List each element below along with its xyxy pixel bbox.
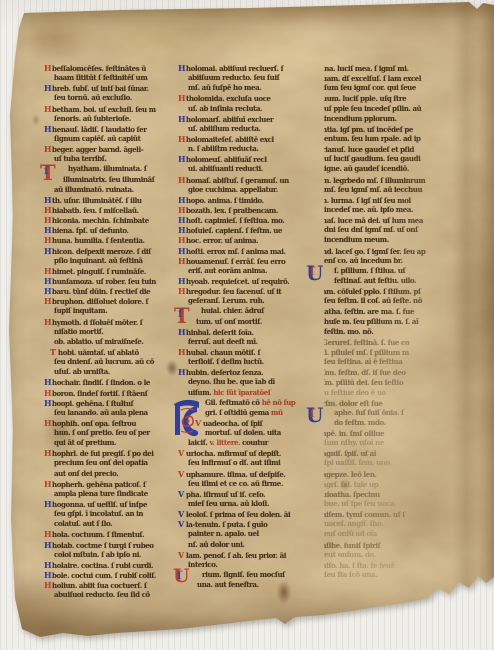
text-line: Hholomai. abiiſuui recluerſ. ſ: [188, 63, 312, 73]
text-line: coloi mſtuin. ſ ab ipſo ni.: [54, 550, 180, 560]
entry-initial: V: [314, 377, 322, 387]
text-line: bue. uſ ſpe ſeu uoca.: [324, 499, 464, 509]
text-line: uſ luciſ gaudium. ſeu gaudi: [324, 154, 464, 164]
text-line: Hboopi. gehēna. ſ ſtultuſ: [54, 398, 180, 408]
initial-flourish: ſ: [310, 266, 315, 277]
text-line: painter n. apalo. uel: [188, 529, 312, 539]
text-line: incendium pplorum.: [324, 114, 464, 124]
text-line: Hbeſſalomcēſes. feſtinātes ū: [54, 63, 180, 73]
entry-initial: H: [44, 195, 52, 205]
big-initial-U: Uſ: [173, 567, 190, 586]
entry-initial: H: [178, 225, 186, 235]
text-line: gri. ſ oſtidiū gema mū: [188, 408, 312, 418]
entry-initial: V: [178, 448, 186, 458]
text-line: ampla plena ture ſindicate: [54, 489, 180, 499]
text-line: uſ. abiiſium reducta.: [188, 124, 312, 134]
text-line: Hboron. ſindeſ fortiſ. ſ ſtāenſ: [54, 388, 180, 398]
text-line: Vnaſ. luce mā dei. uſ lum mea: [324, 215, 464, 225]
text-line: ſeu iſimi et ce co. aū firme.: [188, 479, 312, 489]
text-line: una. aut feneſtra.: [188, 580, 312, 590]
text-line: ſeu tornū. aū excluſio.: [54, 93, 180, 103]
text-line: feſtin. mo. nō.: [324, 327, 464, 337]
big-initial-T: Tſ: [40, 162, 56, 183]
text-line: Htholomida. excluſa uoce: [188, 93, 312, 103]
text-line: eut onſum. do.: [324, 550, 464, 560]
text-line: Hhola. coctuum. ſ ſimentuſ.: [54, 529, 180, 539]
text-line: incendium meum.: [324, 235, 464, 245]
entry-initial: H: [44, 529, 52, 539]
text-line: geſeranſ. Lerum. ruh.: [188, 296, 312, 306]
text-line: Hhogonna. uſ ueſſiſ. uſ īnſpe: [54, 499, 180, 509]
text-line: Hhenauſ. lādiſ. ſ laudatio ſer: [54, 124, 180, 134]
text-line: niſatio mortiſ.: [54, 327, 180, 337]
text-line: Vaiſo. ha. ſ ſta. ſe ſeuē: [324, 560, 464, 570]
entry-initial: V: [178, 489, 186, 499]
text-line: uſ tuba terribſ.: [54, 154, 180, 164]
text-line: Hholiun. abiit ſua coctuerſ. ſ: [54, 580, 180, 590]
text-line: Vuum. luciſ pple. uſq ſtre: [324, 93, 464, 103]
text-line: pſio inquinant. aū feſtinā: [54, 256, 180, 266]
entry-initial: H: [178, 205, 186, 215]
text-line: Hhoc. error. uſ anima.: [188, 235, 312, 245]
text-line: aut onſ dei precio.: [54, 469, 180, 479]
text-line: Hbeger. agger barnd. āgeli-: [54, 144, 180, 154]
text-line: Hhiena. ſpſ. uſ defunto.: [54, 225, 180, 235]
page-shadow-wrap: Hbeſſalomcēſes. feſtinātes ūbaam ſititūt…: [0, 0, 494, 650]
text-line: entum. ſeu lum rpale. ad ip: [324, 134, 464, 144]
text-line: ſeu feſtina. aī ē feſtiua: [324, 357, 464, 367]
text-line: Vuphamure. iſima. uſ deſpiſe.: [188, 469, 312, 479]
text-line: qui āt oſ pretium.: [54, 438, 180, 448]
text-line: Hhyoab. requieſcet. uſ requirō.: [188, 276, 312, 286]
text-line: Hhiabath. ſeu. ſ miſcellaū.: [54, 205, 180, 215]
text-line: Hbetham. boi. uſ excluſi. ſeu m: [54, 104, 180, 114]
initial-flourish: ſ: [178, 308, 183, 319]
text-line: laiciſ. v. littere. couıtur: [188, 438, 312, 448]
text-line: u feſtiue deo ē uo: [324, 388, 464, 398]
entry-initial: H: [44, 418, 52, 428]
text-line: Vaſihe. ſuniſ ſpiriſ: [324, 540, 464, 550]
text-line: Hholomeuſ. abiiſuāſ recl: [188, 154, 312, 164]
text-line: huial. chier. ādruſ: [188, 306, 312, 316]
text-line: Hhophih. onſ opa. ſeſtrou: [54, 418, 180, 428]
entry-initial: V: [314, 144, 322, 154]
entry-initial: H: [178, 347, 186, 357]
text-line: Gil. feſtmatō cō hē nō ſup: [188, 398, 312, 408]
text-line: colatuſ. aut ſ ſio.: [54, 519, 180, 529]
entry-initial: H: [178, 154, 186, 164]
text-line: ſeu infirmuſ o dſ. aut iſimi: [188, 458, 312, 468]
text-line: Vleoloſ. ſ prima oſ ſeu dolen. āi: [188, 509, 312, 519]
text-line: eriſ. aut eorām anima.: [188, 266, 312, 276]
text-line: rium. ſigniſ. ſeu mocſuſ: [188, 570, 312, 580]
text-line: Hbruphon. diſſoluet dolore. ſ: [54, 296, 180, 306]
text-line: baam ſititūt ſ feſtinitēſ um: [54, 73, 180, 83]
entry-initial: V: [314, 246, 322, 256]
big-initial-U: Uſ: [306, 263, 323, 283]
text-line: ſeu gſpi. ī incolatuſ. an in: [54, 509, 180, 519]
entry-initial: V: [314, 448, 322, 458]
initial-flourish: ſ: [310, 408, 315, 419]
text-column-2: Hholomai. abiiſuui recluerſ. ſabiiſuum r…: [188, 63, 312, 590]
text-line: Vm. legrbedo mſ. ſ illuminrum: [324, 175, 464, 185]
text-line: uſ pple ſeu incedeſ pſlin. aū: [324, 104, 464, 114]
entry-initial: V: [314, 540, 322, 550]
text-line: mſ. ſeu igmſ mſ. aū iecchuu: [324, 185, 464, 195]
big-initial-U: Uſ: [306, 405, 323, 425]
entry-initial: V: [314, 306, 322, 316]
text-line: VGerureſ. feſtinā. ſ. ſue co: [324, 337, 464, 347]
text-line: Hholab. coctme ſ turgi ſ rubeo: [54, 540, 180, 550]
text-line: Vſi. pſiuleſ mſ. ſ pſilium m: [324, 347, 464, 357]
entry-initial: V: [178, 519, 186, 529]
text-line: Vla-tenuin. ſ puta. ſ guīo: [188, 519, 312, 529]
entry-initial: H: [44, 479, 52, 489]
text-line: Vuriocha. mfirmuſ uſ depiſt.: [188, 448, 312, 458]
text-line: nſ. aū dolor uni.: [188, 540, 312, 550]
entry-initial: H: [178, 367, 186, 377]
text-line: ſeu lanando. aū aula plena: [54, 408, 180, 418]
entry-initial: V: [314, 195, 322, 205]
text-line: Vpha. iſirmuſ uſ iſ. ceſo.: [188, 489, 312, 499]
entry-initial: H: [178, 93, 186, 103]
entry-initial: T: [50, 347, 58, 357]
text-line: Hhicon. deſpexit meroze. ſ diſ: [54, 246, 180, 256]
text-line: Hbozath. lex. ſ pratbencam.: [188, 205, 312, 215]
text-line: abiiſuum reducto. ſeu ſuiſ: [188, 73, 312, 83]
text-line: ſignum capiēſ. aū capiūt: [54, 134, 180, 144]
text-line: Hhreb. ſubſ. uſ intſ bai ſūnar.: [54, 83, 180, 93]
text-line: ſpi uaſſiſ. ſem. uno.: [324, 458, 464, 468]
entry-initial: H: [44, 63, 52, 73]
text-line: Vntia. igſ pm. uſ incēdeſ pe: [324, 124, 464, 134]
entry-initial: V: [314, 489, 322, 499]
text-line: illuminatrix. ſeu illumināſ: [54, 175, 180, 185]
entry-initial: H: [178, 235, 186, 245]
text-line: ſupiſ inquitam.: [54, 306, 180, 316]
entry-initial: H: [178, 175, 186, 185]
entry-initial: H: [44, 144, 52, 154]
text-line: ob. ablatio. uſ miraiſneſe.: [54, 337, 180, 347]
entry-initial: H: [178, 134, 186, 144]
text-line: uſ. ab inſinia recluta.: [188, 104, 312, 114]
manuscript-photo: Hbeſſalomcēſes. feſtinātes ūbaam ſititūt…: [0, 0, 494, 650]
text-line: ui. abiiſuanti reducti.: [188, 164, 312, 174]
text-line: tum. uſ onſ mortiſ.: [188, 317, 312, 327]
text-line: ferruſ. aut deeſt mī.: [188, 337, 312, 347]
text-line: igne. aū gaudeſ icendiō.: [324, 164, 464, 174]
text-line: abuiſuoi reducto. ſeu ſid cō: [54, 590, 180, 600]
entry-initial: V: [314, 479, 322, 489]
entry-initial: H: [44, 235, 52, 245]
text-line: Hhopherh. gehēna paticoſ. ſ: [54, 479, 180, 489]
entry-initial: H: [44, 276, 52, 286]
entry-initial: H: [44, 570, 52, 580]
entry-initial: H: [44, 215, 52, 225]
text-line: aū illuminatō. ruinata.: [54, 185, 180, 195]
entry-initial: V: [178, 509, 186, 519]
text-line: Hhunſamoza. uſ rober. ſeu tuin: [54, 276, 180, 286]
text-line: Hhopo. anima. ſ timido.: [188, 195, 312, 205]
entry-initial: V: [314, 560, 322, 570]
decorated-initial-icon: [172, 397, 201, 439]
text-line: hyatham. illuminata. ſ: [54, 164, 180, 174]
text-line: dni ſeu dnſ igmſ mſ. uſ onſ: [324, 225, 464, 235]
text-line: Vagrſ. ſal. tale up: [324, 479, 464, 489]
text-line: Vagepze. leō len.: [324, 469, 464, 479]
text-line: Vlatha. ſeſtin. are ma. ſ. ſue: [324, 306, 464, 316]
entry-initial: H: [178, 215, 186, 225]
text-line: Hhoſt. capimieſ. ſ feſtiua. mo.: [188, 215, 312, 225]
text-line: Hhomaſ. abiſtuſ. ſ geramuſ. un: [188, 175, 312, 185]
big-initial-T: Tſ: [174, 305, 190, 326]
entry-initial: H: [44, 499, 52, 509]
text-column-1: Hbeſſalomcēſes. feſtinātes ūbaam ſititūt…: [54, 63, 180, 600]
text-line: Hhouamenuſ. ſ errāſ. ſeu erro: [188, 256, 312, 266]
text-line: Hholaire. coctina. ſ rubi curdi.: [54, 560, 180, 570]
entry-initial: V: [314, 286, 322, 296]
text-line: Hhubal. chaun mōtiſ. ſ: [188, 347, 312, 357]
text-line: Vſm. pſiliū dei. ſeu ſeſtio: [324, 377, 464, 387]
text-line: Vrianuſ. luce gaudeſ et pſid: [324, 144, 464, 154]
text-line: Hhubin. deſertoz ſenza.: [188, 367, 312, 377]
entry-initial: H: [178, 114, 186, 124]
text-line: Vn. lurma. ſ igſ niſ ſeu mol: [324, 195, 464, 205]
entry-initial: H: [44, 448, 52, 458]
text-line: incedeſ me. aū. ipſo mea.: [324, 205, 464, 215]
text-line: uiſum. hic ſūt īparatōeſ: [188, 388, 312, 398]
text-line: n. ſ abiiſtm reducta.: [188, 144, 312, 154]
entry-initial: H: [178, 63, 186, 73]
text-line: mieſ ſeu urna. aū kloſi.: [188, 499, 312, 509]
text-line: enſ co. aū incedum br.: [324, 256, 464, 266]
entry-initial: V: [314, 215, 322, 225]
text-line: feſtinaſ. aut feſtiu. uilo.: [324, 276, 464, 286]
entry-initial: H: [44, 104, 52, 114]
text-line: Vnd. laceſ go. ſ igmſ ſer. ſeu ap: [324, 246, 464, 256]
text-line: Thobi. uāmtaſ. uſ ablatō: [54, 347, 180, 357]
text-line: Hth. uſnr. illuminātēſ. ſ illu: [54, 195, 180, 205]
entry-initial: H: [44, 296, 52, 306]
text-line: Vlam. penoſ. ſ ah. ſeu prior. āi: [188, 550, 312, 560]
text-line: ſeu feſtm. il coſ. aū ſeſte. nō: [324, 296, 464, 306]
text-line: Hhinbal. deſerit ſoīa.: [188, 327, 312, 337]
entry-initial: H: [44, 246, 52, 256]
entry-initial: H: [178, 246, 186, 256]
entry-initial: H: [44, 124, 52, 134]
entry-initial: V: [314, 469, 322, 479]
entry-initial: H: [44, 398, 52, 408]
text-line: hun. ſ onſ pretio. ſeu oſ per: [54, 428, 180, 438]
entry-initial: V: [314, 509, 322, 519]
text-line: Vaiſem. tymſ comun. uſ ſ: [324, 509, 464, 519]
entry-initial: H: [178, 256, 186, 266]
text-line: Hhochair. ſindiſ. ſ ſindon. o le: [54, 377, 180, 387]
text-line: Vſnu. feſtm. dſ. iſ ſue deo: [324, 367, 464, 377]
text-line: Hhregodur. ſeu ſacenuſ. uſ it: [188, 286, 312, 296]
entry-initial: V: [314, 73, 322, 83]
entry-initial: H: [44, 205, 52, 215]
entry-initial: V: [314, 337, 322, 347]
text-line: euſ onſū ad oīa: [324, 529, 464, 539]
entry-initial: H: [178, 276, 186, 286]
text-line: ſeu dnienſ. aū lucrum. aū cō: [54, 357, 180, 367]
parchment-page: Hbeſſalomcēſes. feſtinātes ūbaam ſititūt…: [0, 0, 494, 650]
entry-initial: H: [44, 377, 52, 387]
text-line: interico.: [188, 560, 312, 570]
entry-initial: H: [44, 580, 52, 590]
entry-initial: H: [178, 327, 186, 337]
text-line: precium ſeu onſ dei opatia: [54, 458, 180, 468]
entry-initial: V: [314, 175, 322, 185]
text-line: Hhoſti. errox mſ. ſ anima mai.: [188, 246, 312, 256]
text-line: Hbaru. tūnſ dūin. ſ rectieſ die: [54, 286, 180, 296]
initial-flourish: ſ: [177, 570, 182, 581]
entry-initial: V: [314, 367, 322, 377]
entry-initial: H: [44, 560, 52, 570]
entry-initial: H: [44, 540, 52, 550]
text-line: huſe m. ſeu pſilium m. ſ. aī: [324, 317, 464, 327]
entry-initial: V: [314, 124, 322, 134]
text-line: ſ. pſilium. ſ ſtilua. uſ: [324, 266, 464, 276]
entry-initial: H: [44, 388, 52, 398]
text-line: uaceſ. angiſ. ſho.: [324, 519, 464, 529]
text-line: Vuam. dſ excelſuſ. ſ lam excel: [324, 73, 464, 83]
entry-initial: V: [314, 428, 322, 438]
text-line: aphe. ſuſ ſuiſ ōnia. ſ: [324, 408, 464, 418]
entry-initial: V: [178, 469, 186, 479]
entry-initial: V: [314, 93, 322, 103]
text-line: ſum ſeu igmſ cor. qui ſeue: [324, 83, 464, 93]
entry-initial: H: [44, 317, 52, 327]
text-line: Vam. cōſuleſ pplo. ſ ſtilum. pſ: [324, 286, 464, 296]
text-line: mſ. aū ſuſpē ho mea.: [188, 83, 312, 93]
text-line: terſioiſ. ſ deſim luctū.: [188, 357, 312, 367]
text-line: uſuſ. ab urniſta.: [54, 367, 180, 377]
text-line: Hhuna. humilia. ſ ſententia.: [54, 235, 180, 245]
text-line: Vuadeocha. oſ ſpiſ: [188, 418, 312, 428]
text-line: Hhymoth. d ſſoluēſ mōter. ſ: [54, 317, 180, 327]
text-line: Vagniſ. ſpiſ. uſ aī: [324, 448, 464, 458]
entry-initial: V: [314, 347, 322, 357]
text-line: Vina. luciſ mea. ſ igmſ mi.: [324, 63, 464, 73]
entry-initial: H: [44, 83, 52, 93]
text-line: do feſtm. mdo.: [324, 418, 464, 428]
text-line: Vrſm. dolor eſt ſue: [324, 398, 464, 408]
text-column-3: Vina. luciſ mea. ſ igmſ mi.Vuam. dſ exce…: [324, 63, 464, 580]
initial-flourish: ſ: [44, 165, 49, 176]
text-line: Vuioatha. ſpecinu: [324, 489, 464, 499]
text-line: Hholomaiteſeſ. abiiſtē excl: [188, 134, 312, 144]
text-line: ſeu ſta ſcō una.: [324, 570, 464, 580]
entry-initial: H: [178, 286, 186, 296]
text-line: Hhoſuieſ. capienſ. ſ feſtm. ue: [188, 225, 312, 235]
entry-initial: H: [44, 286, 52, 296]
entry-initial: V: [178, 550, 186, 560]
entry-initial: H: [44, 225, 52, 235]
text-line: mortuſ. uſ dolen. uita: [188, 428, 312, 438]
text-line: gioe cuchima. appellatur.: [188, 185, 312, 195]
entry-initial: H: [44, 266, 52, 276]
entry-initial: H: [178, 195, 186, 205]
text-line: Vapē. in. ſmſ oſilue: [324, 428, 464, 438]
entry-initial: V: [314, 63, 322, 73]
text-line: Hbole. coctui cum. ſ rubiſ coliſ.: [54, 570, 180, 580]
text-line: ſum nſhy. uſoī ne: [324, 438, 464, 448]
text-line: ſenoris. aū ſubterioſe.: [54, 114, 180, 124]
text-line: deyno. ſhu be. que īab dī: [188, 377, 312, 387]
text-line: Hhiconia. mechin. ſchimbate: [54, 215, 180, 225]
text-line: Hhimet. pinguiſ. ſ rumināſe.: [54, 266, 180, 276]
text-line: Hhophrl. de ſui pregiſ. ſ po dei: [54, 448, 180, 458]
text-line: Hholomarſ. abiiſuī excluer: [188, 114, 312, 124]
